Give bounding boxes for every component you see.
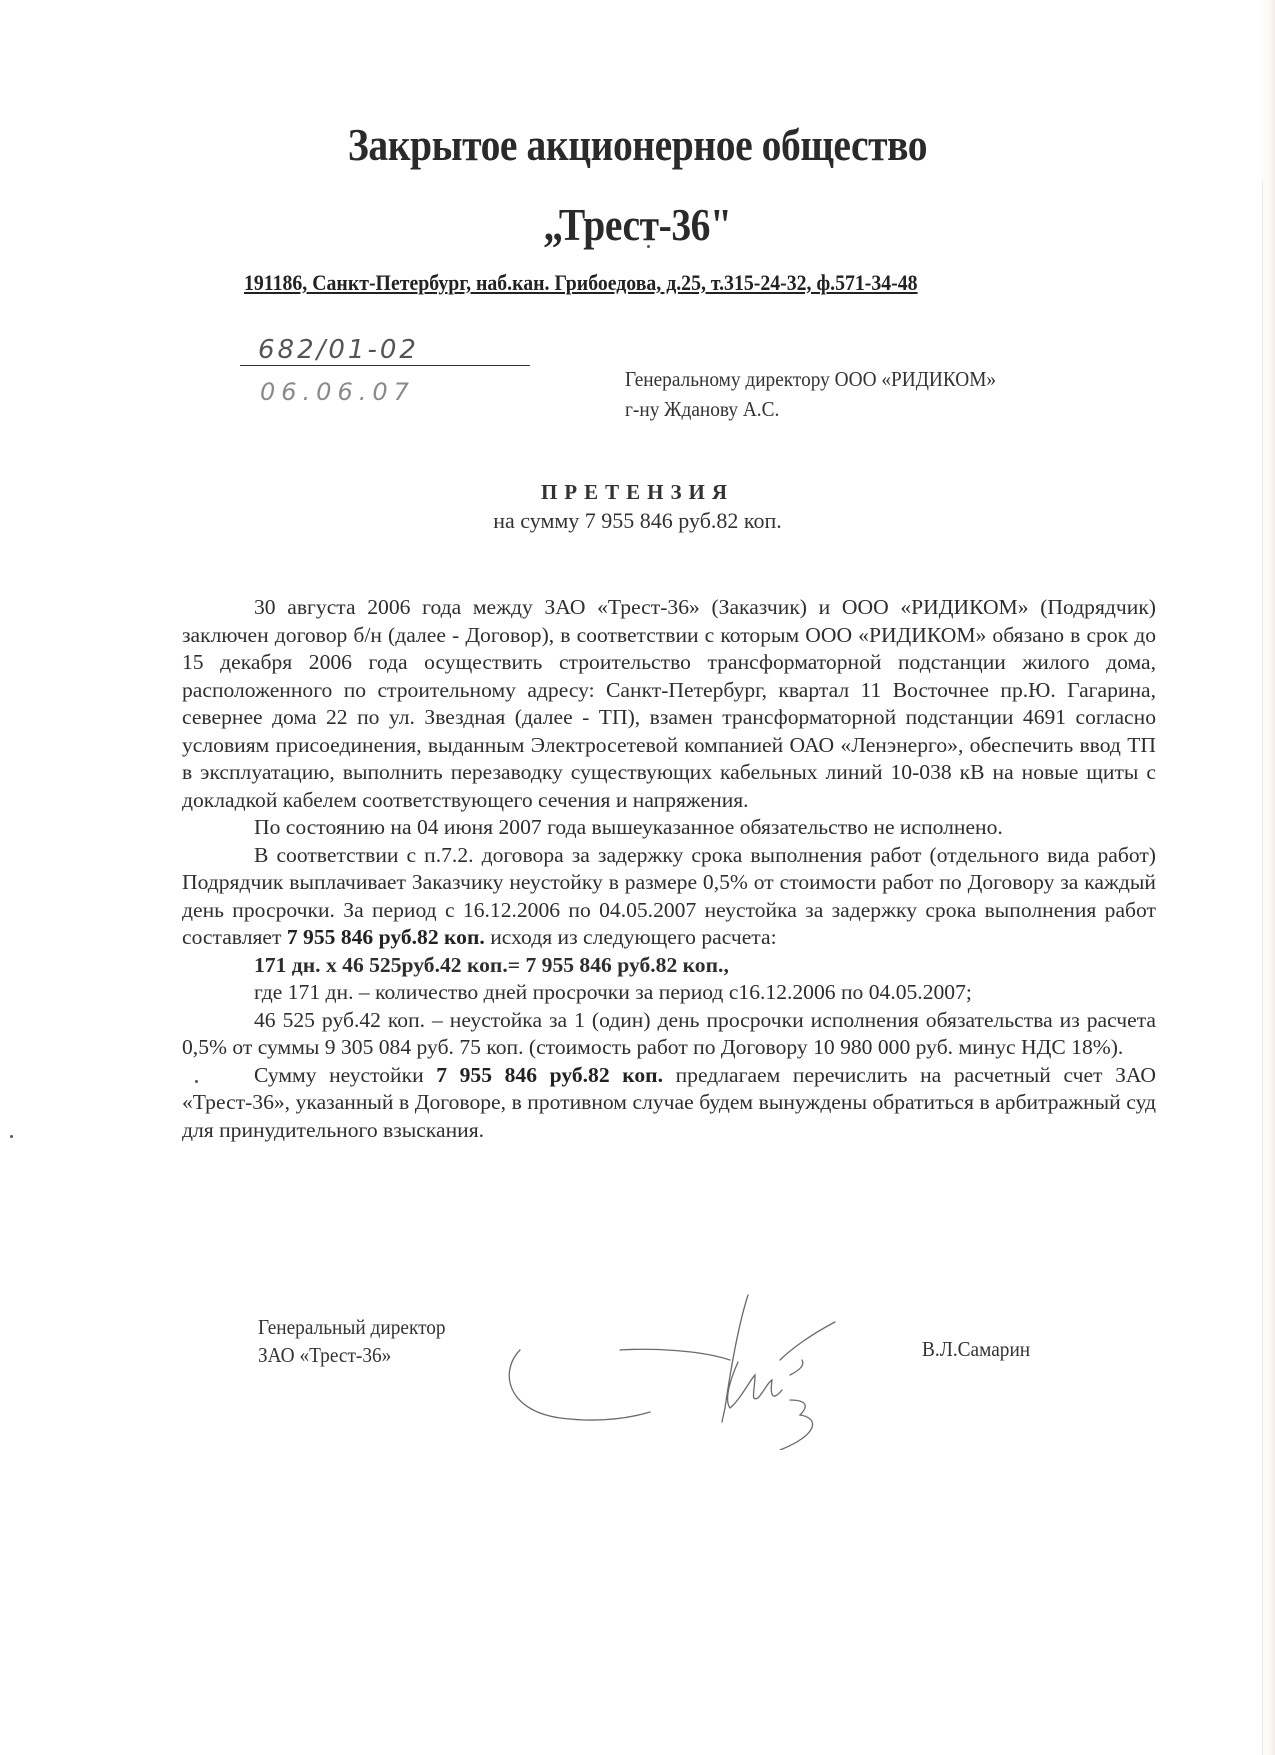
scan-speck (647, 245, 650, 248)
scan-edge (1261, 0, 1275, 1755)
paragraph-demand: Сумму неустойки 7 955 846 руб.82 коп. пр… (182, 1062, 1156, 1145)
signatory-position: Генеральный директор ЗАО «Трест-36» (258, 1313, 446, 1369)
demand-amount: 7 955 846 руб.82 коп. (436, 1063, 663, 1087)
scan-speck (195, 1080, 198, 1083)
signatory-title: Генеральный директор (258, 1313, 446, 1341)
registration-date: 06.06.07 (260, 378, 415, 406)
claim-subtitle: на сумму 7 955 846 руб.82 коп. (0, 508, 1275, 534)
paragraph-penalty: В соответствии с п.7.2. договора за заде… (182, 842, 1156, 952)
penalty-text-end: исходя из следующего расчета: (485, 925, 777, 949)
scan-speck (10, 1135, 13, 1138)
company-name: „Трест-36" (89, 198, 1186, 251)
paragraph-status: По состоянию на 04 июня 2007 года вышеук… (182, 814, 1156, 842)
scan-edge-line (1262, 180, 1263, 1755)
penalty-amount: 7 955 846 руб.82 коп. (287, 925, 485, 949)
demand-text: Сумму неустойки (254, 1063, 436, 1087)
paragraph-daily-rate: 46 525 руб.42 коп. – неустойка за 1 (оди… (182, 1007, 1156, 1062)
addressee-line-1: Генеральному директору ООО «РИДИКОМ» (625, 367, 996, 392)
company-title: Закрытое акционерное общество (89, 118, 1186, 171)
company-address: 191186, Санкт-Петербург, наб.кан. Грибое… (244, 270, 918, 296)
letter-body: 30 августа 2006 года между ЗАО «Трест-36… (182, 594, 1156, 1144)
calculation-line: 171 дн. х 46 525руб.42 коп.= 7 955 846 р… (182, 952, 1156, 980)
paragraph-days: где 171 дн. – количество дней просрочки … (182, 979, 1156, 1007)
handwritten-signature (500, 1290, 900, 1450)
signatory-company: ЗАО «Трест-36» (258, 1341, 446, 1369)
claim-title: ПРЕТЕНЗИЯ (0, 480, 1275, 505)
registration-number: 682/01-02 (258, 335, 419, 365)
signatory-name: В.Л.Самарин (922, 1337, 1030, 1362)
paragraph-contract: 30 августа 2006 года между ЗАО «Трест-36… (182, 594, 1156, 814)
addressee-line-2: г-ну Жданову А.С. (625, 397, 779, 422)
registration-divider (240, 365, 530, 366)
